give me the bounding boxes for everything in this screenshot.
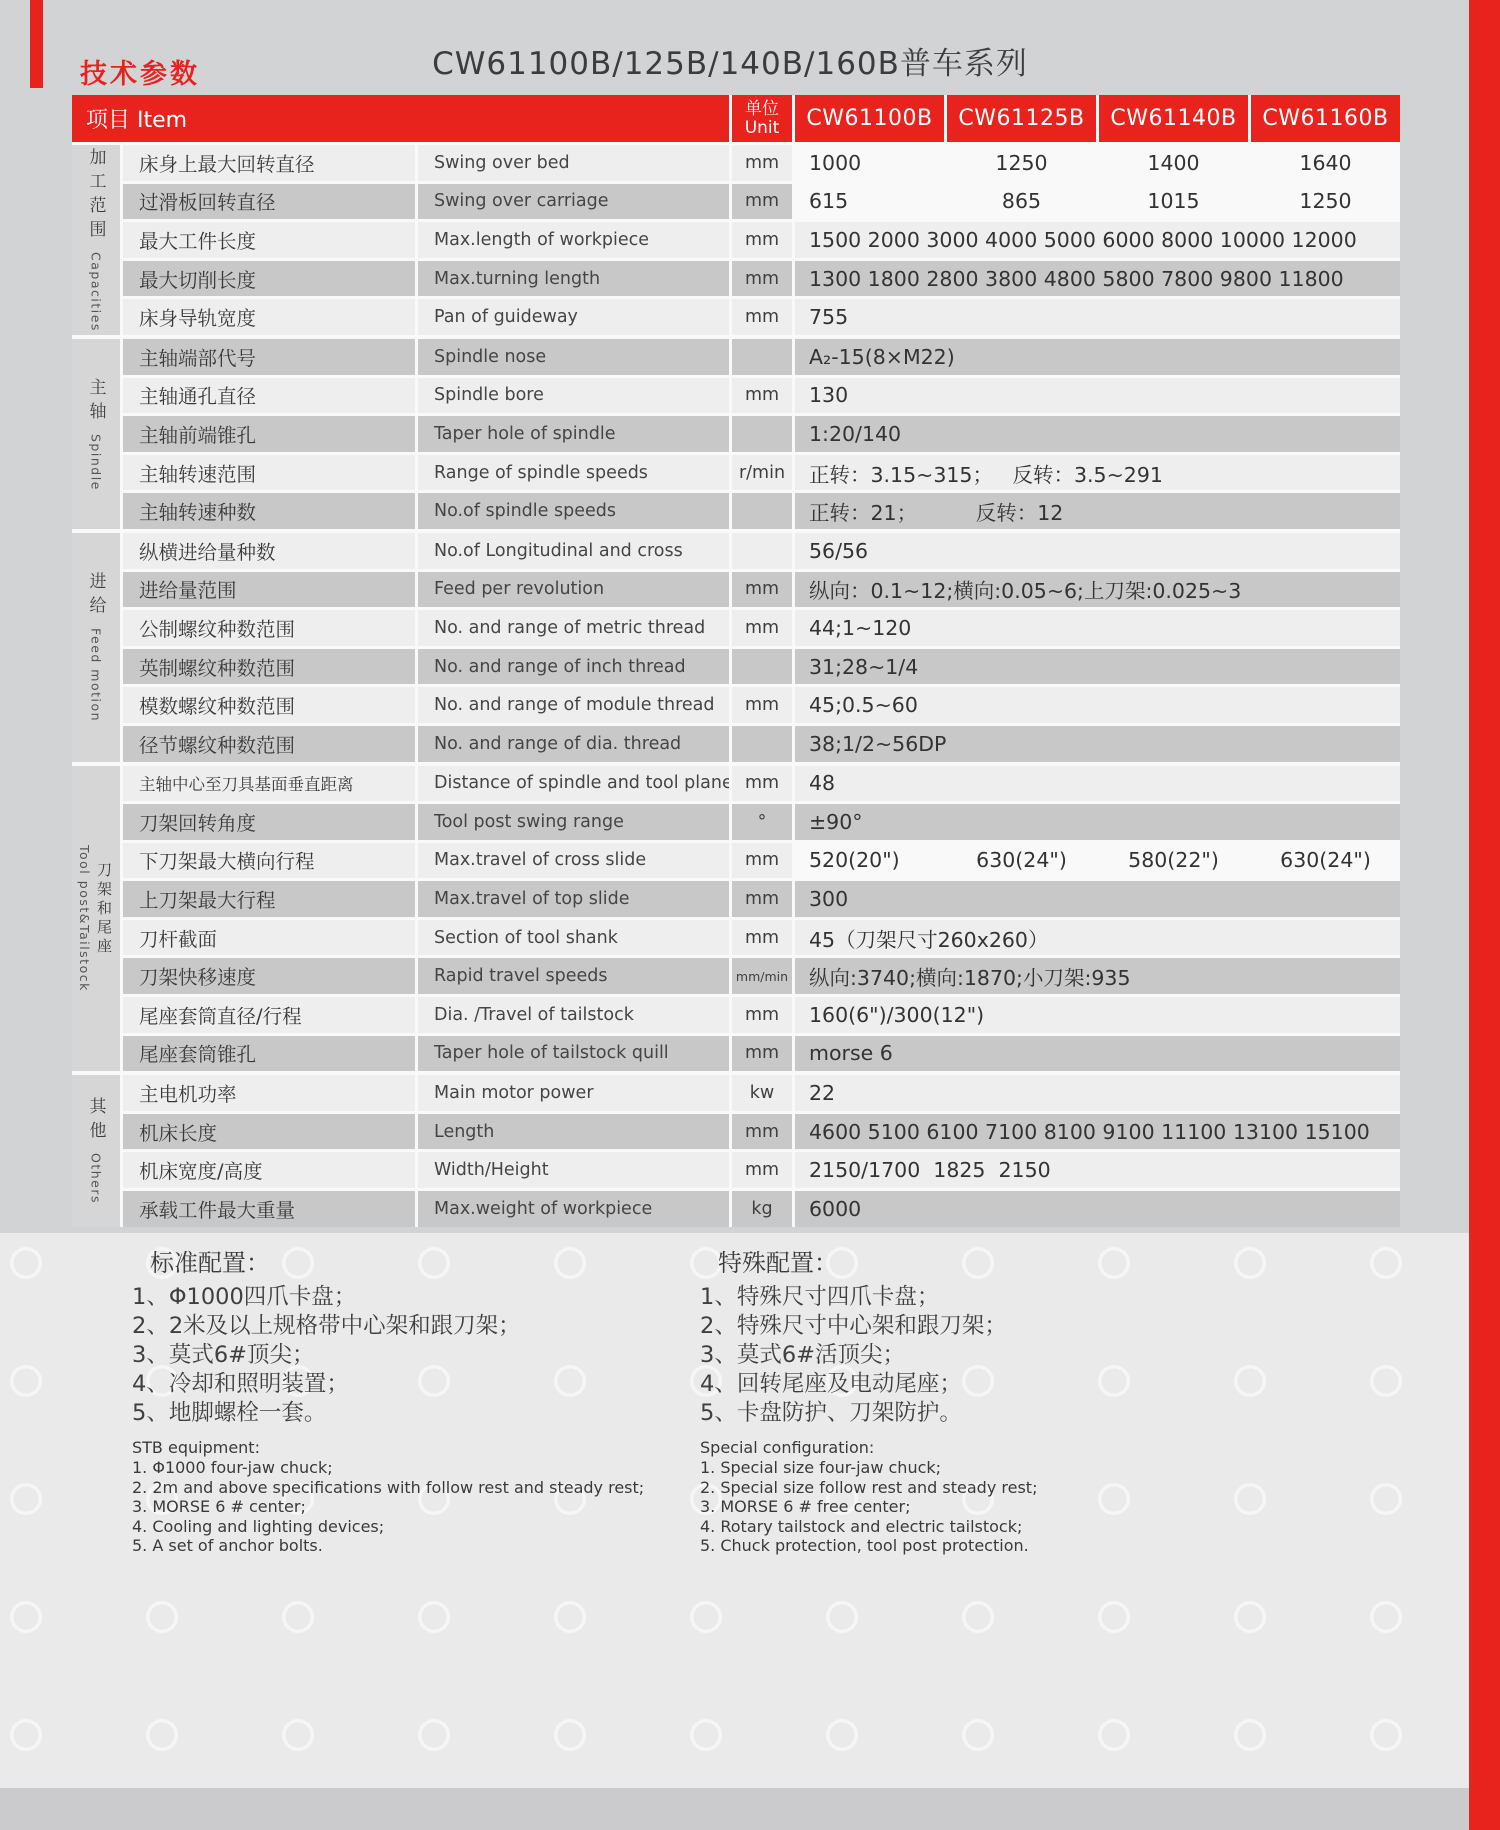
category-label-en: Capacities (89, 252, 104, 332)
category-label-en: Feed motion (89, 628, 104, 722)
page-title: CW61100B/125B/140B/160B普车系列 (0, 38, 1460, 83)
item-name-zh: 主轴前端锥孔 (123, 416, 415, 452)
category-label-en: Spindle (89, 434, 104, 491)
value-cell: 1000 (795, 145, 944, 181)
category-label-zh: 主轴 (84, 378, 109, 426)
spec-row: 主轴通孔直径Spindle boremm130 (123, 378, 1400, 414)
spec-row: 上刀架最大行程Max.travel of top slidemm300 (123, 881, 1400, 917)
config-item-en: 4. Cooling and lighting devices; (132, 1517, 697, 1537)
config-item-en: 5. A set of anchor bolts. (132, 1536, 697, 1556)
item-name-en: Taper hole of spindle (418, 416, 729, 452)
category-label-en: Tool post&Tailstock (77, 845, 92, 992)
item-name-en: No. and range of dia. thread (418, 726, 729, 762)
model-header: CW61125B (947, 95, 1096, 142)
value-cell: 580(22") (1099, 843, 1248, 879)
section-rows: 纵横进给量种数No.of Longitudinal and cross56/56… (123, 533, 1400, 762)
item-name-zh: 刀架快移速度 (123, 958, 415, 994)
item-name-zh: 主轴转速种数 (123, 493, 415, 529)
unit-cell: r/min (732, 455, 792, 491)
item-name-en: Feed per revolution (418, 572, 729, 608)
config-item: 2、2米及以上规格带中心架和跟刀架； (132, 1312, 712, 1341)
model-header: CW61160B (1251, 95, 1400, 142)
value-cell: 1500 2000 3000 4000 5000 6000 8000 10000… (795, 222, 1400, 258)
bottom-strip (0, 1788, 1469, 1830)
item-name-en: Max.travel of top slide (418, 881, 729, 917)
unit-cell (732, 726, 792, 762)
value-cell: 1250 (1251, 184, 1400, 220)
item-name-en: Swing over carriage (418, 184, 729, 220)
item-name-zh: 主轴端部代号 (123, 339, 415, 375)
unit-cell: mm (732, 1036, 792, 1072)
spec-row: 英制螺纹种数范围No. and range of inch thread31;2… (123, 649, 1400, 685)
category-cell: Tool post&Tailstock刀架和尾座 (72, 766, 120, 1072)
config-item-en: 2. 2m and above specifications with foll… (132, 1478, 697, 1498)
spec-row: 公制螺纹种数范围No. and range of metric threadmm… (123, 610, 1400, 646)
value-cell: 44;1~120 (795, 610, 1400, 646)
value-cell: 1:20/140 (795, 416, 1400, 452)
section-rows: 主轴端部代号Spindle noseA₂-15(8×M22)主轴通孔直径Spin… (123, 339, 1400, 529)
unit-cell: mm (732, 378, 792, 414)
item-name-zh: 英制螺纹种数范围 (123, 649, 415, 685)
value-cell: 630(24") (1251, 843, 1400, 879)
value-cell: 正转：3.15~315； 反转：3.5~291 (795, 455, 1400, 491)
config-item-en: 1. Special size four-jaw chuck; (700, 1458, 1265, 1478)
unit-cell: mm (732, 299, 792, 335)
section-rows: 主电机功率Main motor powerkw22机床长度Lengthmm460… (123, 1075, 1400, 1226)
unit-cell: mm (732, 766, 792, 802)
item-name-en: No. and range of metric thread (418, 610, 729, 646)
value-cell: 4600 5100 6100 7100 8100 9100 11100 1310… (795, 1114, 1400, 1150)
item-name-en: Max.length of workpiece (418, 222, 729, 258)
config-title-en: Special configuration: (700, 1438, 1300, 1457)
item-name-en: Width/Height (418, 1152, 729, 1188)
value-cell: A₂-15(8×M22) (795, 339, 1400, 375)
item-name-zh: 主轴中心至刀具基面垂直距离 (123, 766, 415, 802)
item-name-zh: 模数螺纹种数范围 (123, 687, 415, 723)
item-name-en: Spindle nose (418, 339, 729, 375)
item-name-en: No.of spindle speeds (418, 493, 729, 529)
category-label-zh: 刀架和尾座 (94, 862, 115, 974)
value-cell: 正转：21； 反转：12 (795, 493, 1400, 529)
category-label: 主轴Spindle (84, 378, 109, 491)
item-name-en: Range of spindle speeds (418, 455, 729, 491)
item-name-zh: 进给量范围 (123, 572, 415, 608)
item-name-en: Section of tool shank (418, 920, 729, 956)
value-cell: 纵向：0.1~12;横向:0.05~6;上刀架:0.025~3 (795, 572, 1400, 608)
unit-cell: mm (732, 184, 792, 220)
item-name-zh: 床身上最大回转直径 (123, 145, 415, 181)
table-header: 项目 Item 单位 Unit CW61100BCW61125BCW61140B… (72, 95, 1400, 142)
unit-cell: mm/min (732, 958, 792, 994)
item-name-zh: 过滑板回转直径 (123, 184, 415, 220)
config-item: 1、特殊尺寸四爪卡盘； (700, 1283, 1300, 1312)
value-cell: 2150/1700 1825 2150 (795, 1152, 1400, 1188)
spec-row: 径节螺纹种数范围No. and range of dia. thread38;1… (123, 726, 1400, 762)
item-name-en: Max.turning length (418, 261, 729, 297)
value-cell: 300 (795, 881, 1400, 917)
category-label: 进给Feed motion (84, 572, 109, 722)
unit-cell (732, 416, 792, 452)
config-item: 4、冷却和照明装置； (132, 1370, 712, 1399)
config-item: 3、莫式6#顶尖； (132, 1341, 712, 1370)
config-item: 5、地脚螺栓一套。 (132, 1399, 712, 1428)
unit-cell: kg (732, 1191, 792, 1227)
header-item: 项目 Item (72, 95, 729, 142)
item-name-zh: 径节螺纹种数范围 (123, 726, 415, 762)
category-cell: 其他Others (72, 1075, 120, 1226)
item-name-zh: 主电机功率 (123, 1075, 415, 1111)
item-name-zh: 尾座套筒直径/行程 (123, 997, 415, 1033)
config-item: 4、回转尾座及电动尾座； (700, 1370, 1300, 1399)
item-name-zh: 下刀架最大横向行程 (123, 843, 415, 879)
value-cell: 130 (795, 378, 1400, 414)
config-item: 2、特殊尺寸中心架和跟刀架； (700, 1312, 1300, 1341)
value-cell: 6000 (795, 1191, 1400, 1227)
unit-cell: mm (732, 261, 792, 297)
spec-row: 主电机功率Main motor powerkw22 (123, 1075, 1400, 1111)
model-values: 1000125014001640 (795, 145, 1400, 181)
value-cell: 615 (795, 184, 944, 220)
item-name-zh: 机床长度 (123, 1114, 415, 1150)
value-cell: 45;0.5~60 (795, 687, 1400, 723)
config-item-en: 5. Chuck protection, tool post protectio… (700, 1536, 1265, 1556)
category-label: 其他Others (84, 1097, 109, 1204)
item-name-en: Taper hole of tailstock quill (418, 1036, 729, 1072)
value-cell: 纵向:3740;横向:1870;小刀架:935 (795, 958, 1400, 994)
standard-configuration-list: 标准配置：1、Φ1000四爪卡盘；2、2米及以上规格带中心架和跟刀架；3、莫式6… (132, 1243, 712, 1556)
spec-row: 刀架回转角度Tool post swing range°±90° (123, 804, 1400, 840)
spec-row: 机床长度Lengthmm4600 5100 6100 7100 8100 910… (123, 1114, 1400, 1150)
config-item-en: 1. Φ1000 four-jaw chuck; (132, 1458, 697, 1478)
category-cell: 主轴Spindle (72, 339, 120, 529)
value-cell: 45（刀架尺寸260x260） (795, 920, 1400, 956)
unit-cell (732, 493, 792, 529)
item-name-en: No.of Longitudinal and cross (418, 533, 729, 569)
spec-row: 刀杆截面Section of tool shankmm45（刀架尺寸260x26… (123, 920, 1400, 956)
value-cell: 1015 (1099, 184, 1248, 220)
item-name-zh: 纵横进给量种数 (123, 533, 415, 569)
unit-cell: mm (732, 881, 792, 917)
value-cell: morse 6 (795, 1036, 1400, 1072)
item-name-en: Swing over bed (418, 145, 729, 181)
item-name-en: Length (418, 1114, 729, 1150)
item-name-en: Dia. /Travel of tailstock (418, 997, 729, 1033)
config-item-en: 4. Rotary tailstock and electric tailsto… (700, 1517, 1265, 1537)
model-values: 61586510151250 (795, 184, 1400, 220)
spec-row: 尾座套筒锥孔Taper hole of tailstock quillmmmor… (123, 1036, 1400, 1072)
value-cell: 520(20") (795, 843, 944, 879)
spec-row: 机床宽度/高度Width/Heightmm2150/1700 1825 2150 (123, 1152, 1400, 1188)
unit-cell (732, 533, 792, 569)
spec-row: 主轴前端锥孔Taper hole of spindle1:20/140 (123, 416, 1400, 452)
unit-cell (732, 339, 792, 375)
item-name-zh: 床身导轨宽度 (123, 299, 415, 335)
config-item-en: 2. Special size follow rest and steady r… (700, 1478, 1265, 1498)
header-unit-en: Unit (745, 119, 780, 138)
item-name-en: No. and range of module thread (418, 687, 729, 723)
spec-row: 纵横进给量种数No.of Longitudinal and cross56/56 (123, 533, 1400, 569)
spec-section: Tool post&Tailstock刀架和尾座主轴中心至刀具基面垂直距离Dis… (72, 766, 1400, 1072)
unit-cell (732, 649, 792, 685)
value-cell: 1400 (1099, 145, 1248, 181)
item-name-zh: 刀杆截面 (123, 920, 415, 956)
value-cell: 38;1/2~56DP (795, 726, 1400, 762)
item-name-en: No. and range of inch thread (418, 649, 729, 685)
item-name-zh: 主轴通孔直径 (123, 378, 415, 414)
unit-cell: mm (732, 920, 792, 956)
spec-section: 其他Others主电机功率Main motor powerkw22机床长度Len… (72, 1075, 1400, 1226)
spec-row: 下刀架最大横向行程Max.travel of cross slidemm520(… (123, 843, 1400, 879)
unit-cell: mm (732, 145, 792, 181)
item-name-en: Pan of guideway (418, 299, 729, 335)
spec-section: 进给Feed motion纵横进给量种数No.of Longitudinal a… (72, 533, 1400, 762)
value-cell: 22 (795, 1075, 1400, 1111)
item-name-zh: 刀架回转角度 (123, 804, 415, 840)
item-name-en: Max.weight of workpiece (418, 1191, 729, 1227)
item-name-en: Main motor power (418, 1075, 729, 1111)
header-unit-zh: 单位 (745, 100, 779, 119)
unit-cell: mm (732, 843, 792, 879)
item-name-en: Max.travel of cross slide (418, 843, 729, 879)
config-title-en: STB equipment: (132, 1438, 712, 1457)
unit-cell: mm (732, 687, 792, 723)
model-values: 520(20")630(24")580(22")630(24") (795, 843, 1400, 879)
spec-row: 进给量范围Feed per revolutionmm纵向：0.1~12;横向:0… (123, 572, 1400, 608)
config-item: 3、莫式6#活顶尖； (700, 1341, 1300, 1370)
value-cell: 48 (795, 766, 1400, 802)
item-name-en: Rapid travel speeds (418, 958, 729, 994)
item-name-en: Tool post swing range (418, 804, 729, 840)
unit-cell: mm (732, 610, 792, 646)
category-cell: 加工范围Capacities (72, 145, 120, 335)
category-label-en: Others (89, 1153, 104, 1204)
value-cell: ±90° (795, 804, 1400, 840)
item-name-zh: 机床宽度/高度 (123, 1152, 415, 1188)
unit-cell: ° (732, 804, 792, 840)
category-label: Tool post&Tailstock刀架和尾座 (77, 845, 115, 992)
value-cell: 160(6")/300(12") (795, 997, 1400, 1033)
right-red-accent-bar (1469, 0, 1500, 1830)
value-cell: 56/56 (795, 533, 1400, 569)
configuration-panel: 标准配置：1、Φ1000四爪卡盘；2、2米及以上规格带中心架和跟刀架；3、莫式6… (0, 1233, 1469, 1788)
spec-row: 主轴中心至刀具基面垂直距离Distance of spindle and too… (123, 766, 1400, 802)
item-name-zh: 承载工件最大重量 (123, 1191, 415, 1227)
unit-cell: mm (732, 572, 792, 608)
spec-row: 主轴端部代号Spindle noseA₂-15(8×M22) (123, 339, 1400, 375)
model-header: CW61100B (795, 95, 944, 142)
header-unit: 单位 Unit (732, 95, 792, 142)
spec-row: 床身上最大回转直径Swing over bedmm100012501400164… (123, 145, 1400, 181)
config-item: 1、Φ1000四爪卡盘； (132, 1283, 712, 1312)
catalog-page: 技术参数 CW61100B/125B/140B/160B普车系列 项目 Item… (0, 0, 1500, 1830)
spec-row: 最大工件长度Max.length of workpiecemm1500 2000… (123, 222, 1400, 258)
value-cell: 1300 1800 2800 3800 4800 5800 7800 9800 … (795, 261, 1400, 297)
category-cell: 进给Feed motion (72, 533, 120, 762)
category-label-zh: 进给 (84, 572, 109, 620)
spec-row: 最大切削长度Max.turning lengthmm1300 1800 2800… (123, 261, 1400, 297)
item-name-zh: 主轴转速范围 (123, 455, 415, 491)
config-item-en: 3. MORSE 6 # center; (132, 1497, 697, 1517)
unit-cell: mm (732, 1114, 792, 1150)
value-cell: 1640 (1251, 145, 1400, 181)
config-item: 5、卡盘防护、刀架防护。 (700, 1399, 1300, 1428)
spec-table: 项目 Item 单位 Unit CW61100BCW61125BCW61140B… (72, 95, 1400, 1227)
unit-cell: kw (732, 1075, 792, 1111)
spec-row: 刀架快移速度Rapid travel speedsmm/min纵向:3740;横… (123, 958, 1400, 994)
item-name-zh: 上刀架最大行程 (123, 881, 415, 917)
spec-row: 尾座套筒直径/行程Dia. /Travel of tailstockmm160(… (123, 997, 1400, 1033)
model-header: CW61140B (1099, 95, 1248, 142)
item-name-en: Distance of spindle and tool plane (418, 766, 729, 802)
category-label-zh: 其他 (84, 1097, 109, 1145)
special-configuration-list: 特殊配置：1、特殊尺寸四爪卡盘；2、特殊尺寸中心架和跟刀架；3、莫式6#活顶尖；… (700, 1243, 1300, 1556)
config-title: 特殊配置： (718, 1243, 1300, 1278)
unit-cell: mm (732, 1152, 792, 1188)
unit-cell: mm (732, 997, 792, 1033)
config-title: 标准配置： (150, 1243, 712, 1278)
value-cell: 755 (795, 299, 1400, 335)
value-cell: 865 (947, 184, 1096, 220)
category-label-zh: 加工范围 (84, 148, 109, 244)
category-label: 加工范围Capacities (84, 148, 109, 332)
config-item-en: 3. MORSE 6 # free center; (700, 1497, 1265, 1517)
value-cell: 630(24") (947, 843, 1096, 879)
spec-section: 加工范围Capacities床身上最大回转直径Swing over bedmm1… (72, 145, 1400, 335)
value-cell: 1250 (947, 145, 1096, 181)
value-cell: 31;28~1/4 (795, 649, 1400, 685)
spec-row: 承载工件最大重量Max.weight of workpiecekg6000 (123, 1191, 1400, 1227)
spec-row: 主轴转速范围Range of spindle speedsr/min正转：3.1… (123, 455, 1400, 491)
spec-row: 过滑板回转直径Swing over carriagemm615865101512… (123, 184, 1400, 220)
item-name-zh: 公制螺纹种数范围 (123, 610, 415, 646)
item-name-zh: 最大切削长度 (123, 261, 415, 297)
spec-row: 主轴转速种数No.of spindle speeds正转：21； 反转：12 (123, 493, 1400, 529)
spec-section: 主轴Spindle主轴端部代号Spindle noseA₂-15(8×M22)主… (72, 339, 1400, 529)
item-name-en: Spindle bore (418, 378, 729, 414)
spec-row: 模数螺纹种数范围No. and range of module threadmm… (123, 687, 1400, 723)
section-rows: 床身上最大回转直径Swing over bedmm100012501400164… (123, 145, 1400, 335)
item-name-zh: 最大工件长度 (123, 222, 415, 258)
section-rows: 主轴中心至刀具基面垂直距离Distance of spindle and too… (123, 766, 1400, 1072)
spec-row: 床身导轨宽度Pan of guidewaymm755 (123, 299, 1400, 335)
table-body: 加工范围Capacities床身上最大回转直径Swing over bedmm1… (72, 145, 1400, 1227)
item-name-zh: 尾座套筒锥孔 (123, 1036, 415, 1072)
unit-cell: mm (732, 222, 792, 258)
